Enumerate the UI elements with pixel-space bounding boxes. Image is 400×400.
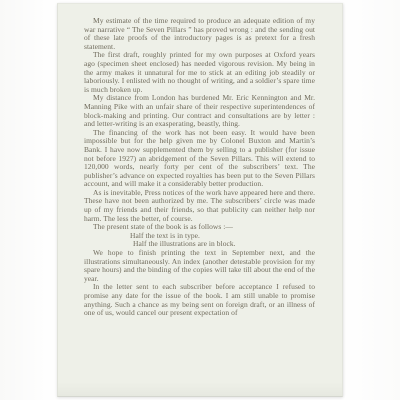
paragraph: In the letter sent to each subscriber be… xyxy=(84,283,315,317)
paragraph: As is inevitable, Press notices of the w… xyxy=(84,189,315,223)
scan-background: My estimate of the time required to prod… xyxy=(0,0,400,400)
paragraph: We hope to finish printing the text in S… xyxy=(84,249,315,283)
paragraph: My estimate of the time required to prod… xyxy=(84,17,315,51)
paragraph: The first draft, roughly printed for my … xyxy=(84,51,315,94)
text-block: My estimate of the time required to prod… xyxy=(84,17,315,318)
paragraph: The financing of the work has not been e… xyxy=(84,129,315,189)
document-page: My estimate of the time required to prod… xyxy=(57,3,343,397)
paragraph: My distance from London has burdened Mr.… xyxy=(84,94,315,128)
